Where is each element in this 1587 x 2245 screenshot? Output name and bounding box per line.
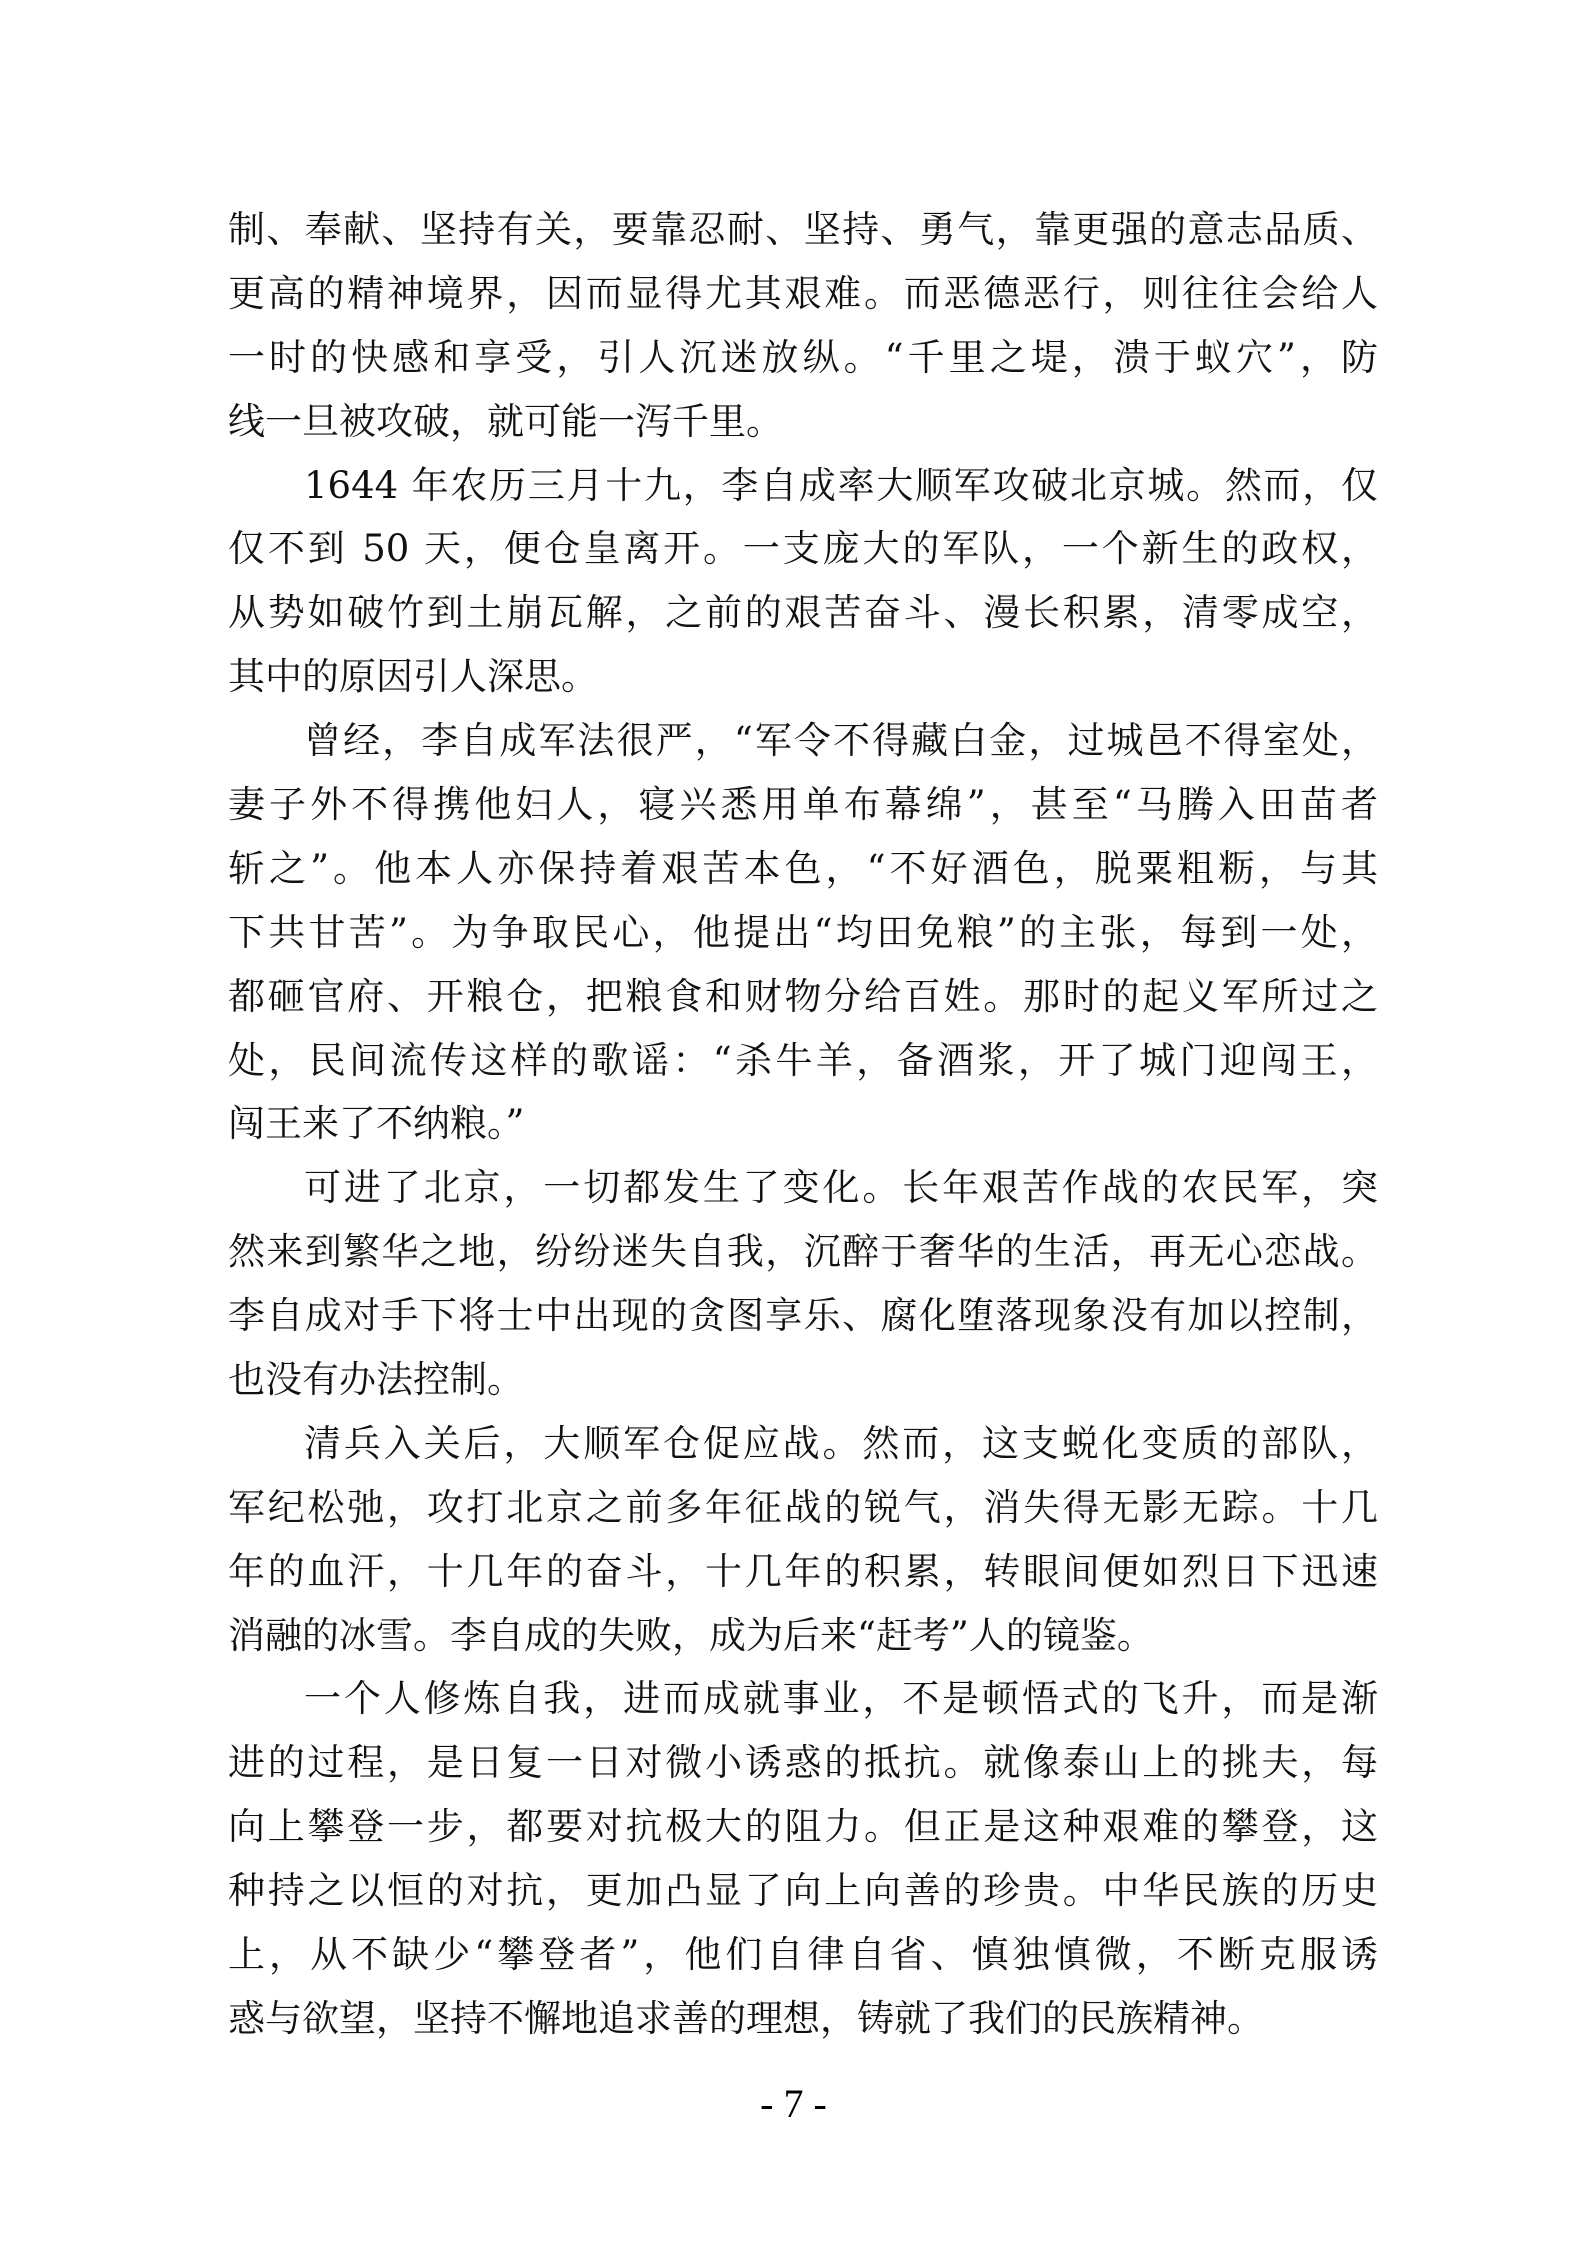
text-line: 然来到繁华之地，纷纷迷失自我，沉醉于奢华的生活，再无心恋战。 [228, 1220, 1378, 1284]
body-text: 制、奉献、坚持有关，要靠忍耐、坚持、勇气，靠更强的意志品质、 更高的精神境界，因… [228, 198, 1378, 2051]
text-line: 处，民间流传这样的歌谣：“杀牛羊，备酒浆，开了城门迎闯王， [228, 1029, 1378, 1093]
text-line: 曾经，李自成军法很严，“军令不得藏白金，过城邑不得室处， [228, 709, 1378, 773]
text-line: 向上攀登一步，都要对抗极大的阻力。但正是这种艰难的攀登，这 [228, 1795, 1378, 1859]
text-line: 进的过程，是日复一日对微小诱惑的抵抗。就像泰山上的挑夫，每 [228, 1731, 1378, 1795]
text-line: 年的血汗，十几年的奋斗，十几年的积累，转眼间便如烈日下迅速 [228, 1540, 1378, 1604]
text-line: 闯王来了不纳粮。” [228, 1092, 1378, 1156]
text-line: 一时的快感和享受，引人沉迷放纵。“千里之堤，溃于蚁穴”，防 [228, 326, 1378, 390]
text-line: 妻子外不得携他妇人，寝兴悉用单布幕绵”，甚至“马腾入田苗者 [228, 773, 1378, 837]
text-line: 惑与欲望，坚持不懈地追求善的理想，铸就了我们的民族精神。 [228, 1987, 1378, 2051]
paragraph-3: 曾经，李自成军法很严，“军令不得藏白金，过城邑不得室处， 妻子外不得携他妇人，寝… [228, 709, 1378, 1156]
text-line: 1644 年农历三月十九，李自成率大顺军攻破北京城。然而，仅 [228, 454, 1378, 518]
paragraph-5: 清兵入关后，大顺军仓促应战。然而，这支蜕化变质的部队， 军纪松弛，攻打北京之前多… [228, 1412, 1378, 1668]
text-line: 从势如破竹到土崩瓦解，之前的艰苦奋斗、漫长积累，清零成空， [228, 581, 1378, 645]
text-line: 一个人修炼自我，进而成就事业，不是顿悟式的飞升，而是渐 [228, 1667, 1378, 1731]
text-line: 可进了北京，一切都发生了变化。长年艰苦作战的农民军，突 [228, 1156, 1378, 1220]
text-line: 消融的冰雪。李自成的失败，成为后来“赶考”人的镜鉴。 [228, 1604, 1378, 1668]
text-line: 都砸官府、开粮仓，把粮食和财物分给百姓。那时的起义军所过之 [228, 965, 1378, 1029]
text-line: 下共甘苦”。为争取民心，他提出“均田免粮”的主张，每到一处， [228, 901, 1378, 965]
text-line: 斩之”。他本人亦保持着艰苦本色，“不好酒色，脱粟粗粝，与其 [228, 837, 1378, 901]
text-line: 制、奉献、坚持有关，要靠忍耐、坚持、勇气，靠更强的意志品质、 [228, 198, 1378, 262]
text-line: 种持之以恒的对抗，更加凸显了向上向善的珍贵。中华民族的历史 [228, 1859, 1378, 1923]
document-page: 制、奉献、坚持有关，要靠忍耐、坚持、勇气，靠更强的意志品质、 更高的精神境界，因… [0, 0, 1587, 2245]
text-line: 李自成对手下将士中出现的贪图享乐、腐化堕落现象没有加以控制， [228, 1284, 1378, 1348]
text-line: 军纪松弛，攻打北京之前多年征战的锐气，消失得无影无踪。十几 [228, 1476, 1378, 1540]
text-line: 更高的精神境界，因而显得尤其艰难。而恶德恶行，则往往会给人 [228, 262, 1378, 326]
paragraph-1: 制、奉献、坚持有关，要靠忍耐、坚持、勇气，靠更强的意志品质、 更高的精神境界，因… [228, 198, 1378, 454]
paragraph-2: 1644 年农历三月十九，李自成率大顺军攻破北京城。然而，仅 仅不到 50 天，… [228, 454, 1378, 710]
text-line: 上，从不缺少“攀登者”，他们自律自省、慎独慎微，不断克服诱 [228, 1923, 1378, 1987]
paragraph-4: 可进了北京，一切都发生了变化。长年艰苦作战的农民军，突 然来到繁华之地，纷纷迷失… [228, 1156, 1378, 1412]
text-line: 仅不到 50 天，便仓皇离开。一支庞大的军队，一个新生的政权， [228, 517, 1378, 581]
text-line: 也没有办法控制。 [228, 1348, 1378, 1412]
text-line: 线一旦被攻破，就可能一泻千里。 [228, 390, 1378, 454]
text-line: 清兵入关后，大顺军仓促应战。然而，这支蜕化变质的部队， [228, 1412, 1378, 1476]
paragraph-6: 一个人修炼自我，进而成就事业，不是顿悟式的飞升，而是渐 进的过程，是日复一日对微… [228, 1667, 1378, 2050]
text-line: 其中的原因引人深思。 [228, 645, 1378, 709]
page-number: - 7 - [0, 2080, 1587, 2127]
